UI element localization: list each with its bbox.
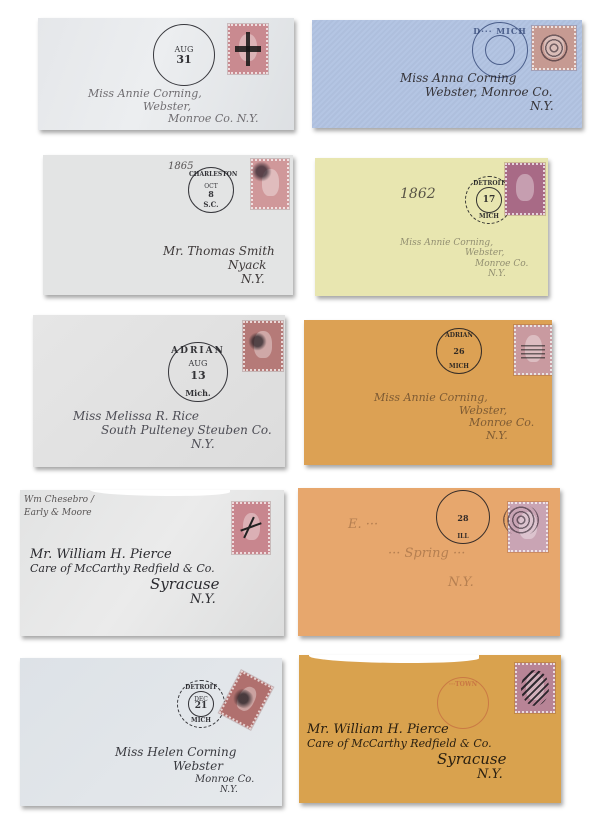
address: Miss Annie Corning, Webster, Monroe Co. … [374, 392, 534, 443]
postmark-state: S.C. [189, 200, 233, 209]
address-line: Monroe Co. [374, 417, 534, 430]
stamp [243, 321, 283, 371]
postmark: D··· MICH [472, 22, 528, 78]
stamp [508, 502, 548, 552]
postmark: ADRIAN AUG 13 Mich. [168, 342, 228, 402]
address-line: Care of McCarthy Redfield & Co. [30, 563, 220, 576]
address-line: Monroe Co. [115, 774, 254, 786]
address-line: Miss Annie Corning, [374, 392, 534, 405]
envelope-cover-2: D··· MICH Miss Anna Corning Webster, Mon… [312, 20, 582, 128]
address-line: Miss Melissa R. Rice [73, 410, 272, 424]
torn-edge [90, 490, 230, 496]
address: Miss Annie Corning, Webster, Monroe Co. … [88, 88, 258, 126]
address-line: N.Y. [30, 593, 220, 608]
pen-cancel-icon [237, 509, 264, 547]
address-line: Webster, Monroe Co. [400, 86, 554, 100]
bar-cancel-icon [521, 345, 545, 361]
address-line: Monroe Co. [400, 259, 528, 269]
envelope-cover-10: ···TOWN Mr. William H. Pierce Care of Mc… [299, 655, 561, 803]
postmark-state: Mich. [169, 388, 227, 398]
stamp [219, 670, 273, 729]
envelope-cover-7: Wm Chesebro / Early & Moore Mr. William … [20, 490, 284, 636]
stamp [515, 663, 555, 713]
address-line: Syracuse [30, 576, 220, 593]
stamp [232, 502, 270, 554]
address: Miss Melissa R. Rice South Pulteney Steu… [73, 410, 272, 451]
address-line: N.Y. [163, 273, 275, 287]
stamp [505, 163, 545, 215]
address-line: N.Y. [73, 438, 272, 452]
postmark: DETROIT DEC 21 MICH [177, 680, 225, 728]
address-line: Syracuse [307, 751, 507, 768]
address-line: Miss Annie Corning, [88, 88, 258, 101]
address-line: N.Y. [307, 768, 507, 783]
postmark-town: ADRIAN [169, 346, 227, 356]
target-cancel-icon [538, 32, 570, 64]
postmark-town: CHARLESTON [189, 171, 233, 178]
address-line: Mr. Thomas Smith [163, 245, 275, 259]
envelope-cover-3: 1865 CHARLESTON OCT 8 S.C. Mr. Thomas Sm… [43, 155, 293, 295]
postmark-day: 21 [178, 701, 224, 711]
address-line: Miss Annie Corning, [400, 238, 528, 248]
address-line: Care of McCarthy Redfield & Co. [307, 738, 507, 751]
postmark: AUG 31 [153, 24, 215, 86]
address-line: Miss Anna Corning [400, 72, 554, 86]
address: Mr. Thomas Smith Nyack N.Y. [163, 245, 275, 286]
address: Mr. William H. Pierce Care of McCarthy R… [307, 723, 507, 783]
stamp-portrait [516, 174, 534, 202]
address-line: N.Y. [400, 100, 554, 114]
postmark-day: 31 [154, 53, 214, 66]
envelope-cover-4: 1862 DETROIT 17 MICH Miss Annie Corning,… [315, 158, 548, 296]
address-line: N.Y. [400, 269, 528, 279]
envelope-cover-8: 28 ILL E. ··· ··· Spring ··· N.Y. [298, 488, 560, 636]
star-cancel-icon [247, 332, 269, 350]
address-line: N.Y. [115, 785, 254, 795]
postmark-town: ···TOWN [438, 681, 488, 688]
postmark-town: DETROIT [178, 684, 224, 691]
address-line: Monroe Co. N.Y. [88, 113, 258, 126]
address-line: Miss Helen Corning [115, 746, 254, 760]
address-line: South Pulteney Steuben Co. [73, 424, 272, 438]
target-cancel-icon [503, 504, 539, 536]
grid-cancel-icon [521, 670, 550, 707]
postmark-day: 8 [189, 189, 233, 199]
postmark-town: D··· MICH [473, 26, 527, 36]
envelope-cover-5: ADRIAN AUG 13 Mich. Miss Melissa R. Rice… [33, 315, 285, 467]
address: Miss Annie Corning, Webster, Monroe Co. … [400, 238, 528, 279]
address-line: Webster [115, 760, 254, 774]
postmark-month: AUG [169, 359, 227, 368]
stamp [532, 26, 576, 70]
envelope-cover-1: AUG 31 Miss Annie Corning, Webster, Monr… [38, 18, 294, 130]
stamp [251, 159, 289, 209]
docket-note: Wm Chesebro / Early & Moore [24, 494, 109, 519]
stamp [228, 24, 268, 74]
cross-cancel-icon [234, 31, 263, 68]
envelope-cover-9: DETROIT DEC 21 MICH Miss Helen Corning W… [20, 658, 282, 806]
address-line: N.Y. [374, 430, 534, 443]
postmark-state: MICH [178, 717, 224, 724]
address: Miss Anna Corning Webster, Monroe Co. N.… [400, 72, 554, 113]
address-line: ··· Spring ··· [348, 547, 474, 562]
address-line: N.Y. [348, 576, 474, 591]
address-line: E. ··· [348, 518, 474, 533]
year-note: 1862 [400, 186, 436, 202]
postmark: CHARLESTON OCT 8 S.C. [188, 167, 234, 213]
postmark-town: ADRIAN [437, 332, 481, 339]
address-line: Webster, [400, 248, 528, 258]
star-cancel-icon [250, 159, 274, 184]
postmark-day: 13 [169, 369, 227, 382]
stamp [514, 325, 552, 375]
torn-edge [309, 655, 479, 663]
address-line: Mr. William H. Pierce [307, 723, 507, 738]
address: Miss Helen Corning Webster Monroe Co. N.… [115, 746, 254, 795]
postmark-day: 26 [437, 346, 481, 356]
address-line: Nyack [163, 259, 275, 273]
address-line: Mr. William H. Pierce [30, 548, 220, 563]
postmark: ADRIAN 26 MICH [436, 328, 482, 374]
envelope-cover-6: ADRIAN 26 MICH Miss Annie Corning, Webst… [304, 320, 552, 465]
address: Mr. William H. Pierce Care of McCarthy R… [30, 548, 220, 608]
address: E. ··· ··· Spring ··· N.Y. [348, 518, 474, 591]
postmark-state: MICH [437, 363, 481, 370]
